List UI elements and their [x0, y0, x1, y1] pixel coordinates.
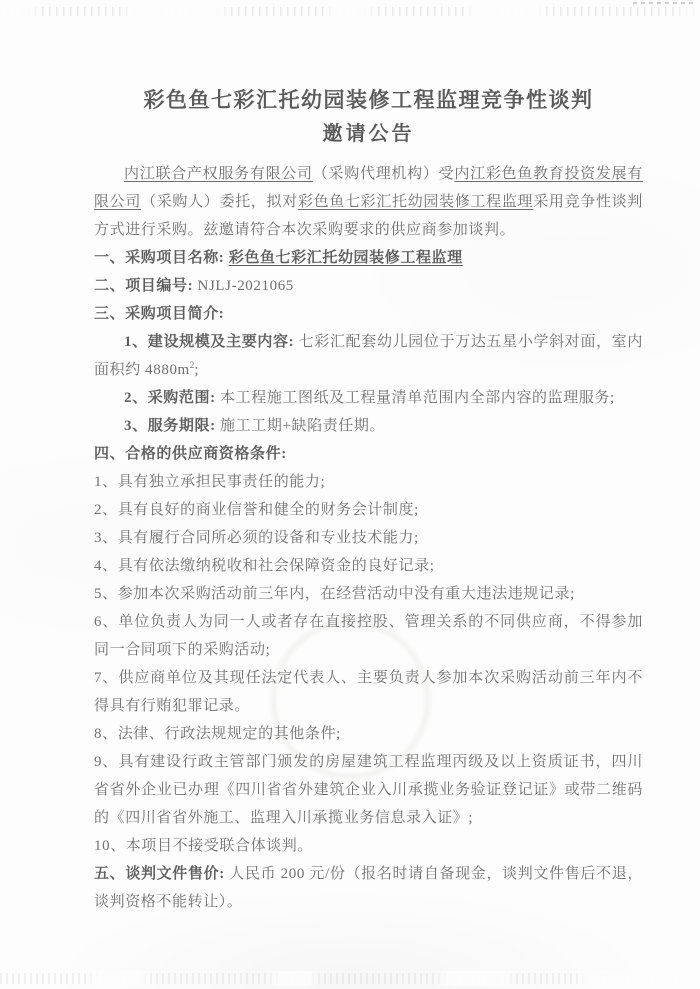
scanned-document-page: 彩色鱼七彩汇托幼园装修工程监理竞争性谈判 邀请公告 内江联合产权服务有限公司（采… — [0, 0, 700, 989]
section-1-project-name: 一、采购项目名称: 彩色鱼七彩汇托幼园装修工程监理 — [94, 244, 643, 272]
document-body: 内江联合产权服务有限公司（采购代理机构）受内江彩色鱼教育投资发展有限公司（采购人… — [94, 160, 643, 916]
text-segment: 8、法律、行政法规规定的其他条件; — [94, 726, 341, 742]
scanner-noise-top-right — [633, 2, 695, 4]
text-segment: 内江联合产权服务有限公司 — [124, 166, 313, 182]
text-segment: 四、合格的供应商资格条件: — [94, 446, 287, 462]
text-segment: 二、项目编号: — [94, 278, 198, 294]
text-segment: （采购代理机构）受 — [313, 166, 455, 182]
text-segment: 一、采购项目名称: — [94, 250, 229, 266]
text-segment: 6、单位负责人为同一人或者存在直接控股、管理关系的不同供应商，不得参加同一合同项… — [94, 614, 643, 658]
text-segment: 9、具有建设行政主管部门颁发的房屋建筑工程监理丙级及以上资质证书，四川省省外企业… — [94, 754, 643, 826]
text-segment: NJLJ-2021065 — [198, 278, 294, 294]
qualification-item-5: 5、参加本次采购活动前三年内，在经营活动中没有重大违法违规记录; — [94, 580, 643, 608]
section-4-supplier-qualifications: 四、合格的供应商资格条件: — [94, 440, 643, 468]
text-segment: 施工工期+缺陷责任期。 — [220, 418, 385, 434]
document-title-line1: 彩色鱼七彩汇托幼园装修工程监理竞争性谈判 — [94, 84, 643, 116]
scanner-noise-bottom-gaps — [0, 971, 700, 986]
qualification-item-2: 2、具有良好的商业信誉和健全的财务会计制度; — [94, 496, 643, 524]
qualification-item-10: 10、本项目不接受联合体谈判。 — [94, 832, 643, 860]
section-2-project-number: 二、项目编号: NJLJ-2021065 — [94, 272, 643, 300]
text-segment: 本工程施工图纸及工程量清单范围内全部内容的监理服务; — [220, 390, 615, 406]
text-segment: 3、具有履行合同所必须的设备和专业技术能力; — [94, 530, 419, 546]
qualification-item-9: 9、具有建设行政主管部门颁发的房屋建筑工程监理丙级及以上资质证书，四川省省外企业… — [94, 748, 643, 832]
text-segment: 2、具有良好的商业信誉和健全的财务会计制度; — [94, 502, 419, 518]
qualification-item-4: 4、具有依法缴纳税收和社会保障资金的良好记录; — [94, 552, 643, 580]
text-segment: （采购人）委托，拟对 — [141, 194, 298, 210]
text-segment: 彩色鱼七彩汇托幼园装修工程监理 — [229, 250, 463, 266]
text-segment: 三、采购项目简介: — [94, 306, 224, 322]
text-segment: 4、具有依法缴纳税收和社会保障资金的良好记录; — [94, 558, 434, 574]
text-segment: 3、服务期限: — [124, 418, 220, 434]
text-segment: 1、建设规模及主要内容: — [124, 334, 299, 350]
qualification-item-6: 6、单位负责人为同一人或者存在直接控股、管理关系的不同供应商，不得参加同一合同项… — [94, 608, 643, 664]
qualification-item-3: 3、具有履行合同所必须的设备和专业技术能力; — [94, 524, 643, 552]
qualification-item-8: 8、法律、行政法规规定的其他条件; — [94, 720, 643, 748]
text-segment: 10、本项目不接受联合体谈判。 — [94, 838, 313, 854]
scanner-noise-top-gaps — [0, 5, 700, 18]
document-title-line2: 邀请公告 — [94, 118, 643, 150]
text-segment: 7、供应商单位及其现任法定代表人、主要负责人参加本次采购活动前三年内不得具有行贿… — [94, 670, 643, 714]
section-3-item-1: 1、建设规模及主要内容: 七彩汇配套幼儿园位于万达五星小学斜对面，室内面积约 4… — [94, 328, 643, 384]
section-3-item-2: 2、采购范围: 本工程施工图纸及工程量清单范围内全部内容的监理服务; — [94, 384, 643, 412]
document-content: 彩色鱼七彩汇托幼园装修工程监理竞争性谈判 邀请公告 内江联合产权服务有限公司（采… — [94, 84, 643, 916]
text-segment: 五、谈判文件售价: — [94, 866, 229, 882]
text-segment: 2、采购范围: — [124, 390, 220, 406]
section-3-item-3: 3、服务期限: 施工工期+缺陷责任期。 — [94, 412, 643, 440]
text-segment: 彩色鱼七彩汇托幼园装修工程监理 — [298, 194, 533, 210]
text-segment: 1、具有独立承担民事责任的能力; — [94, 474, 325, 490]
qualification-item-1: 1、具有独立承担民事责任的能力; — [94, 468, 643, 496]
text-segment: 5、参加本次采购活动前三年内，在经营活动中没有重大违法违规记录; — [94, 586, 575, 602]
qualification-item-7: 7、供应商单位及其现任法定代表人、主要负责人参加本次采购活动前三年内不得具有行贿… — [94, 664, 643, 720]
section-3-project-brief: 三、采购项目简介: — [94, 300, 643, 328]
text-segment: ; — [194, 362, 199, 378]
section-5-document-price: 五、谈判文件售价: 人民币 200 元/份（报名时请自备现金，谈判文件售后不退，… — [94, 860, 643, 916]
intro-paragraph: 内江联合产权服务有限公司（采购代理机构）受内江彩色鱼教育投资发展有限公司（采购人… — [94, 160, 643, 244]
